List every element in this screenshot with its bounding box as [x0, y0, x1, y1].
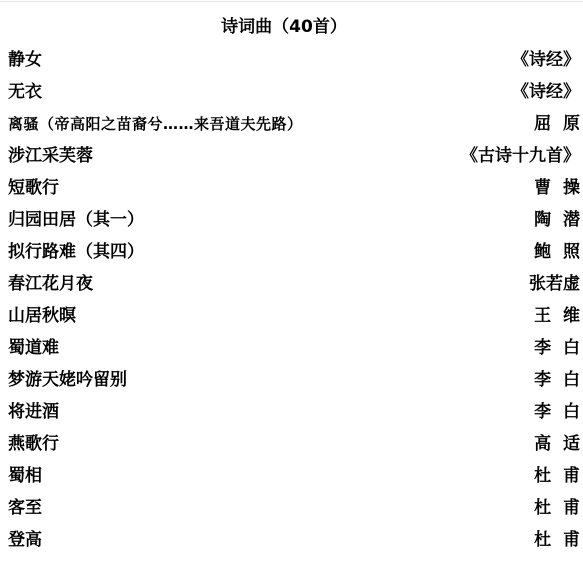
list-item: 拟行路难（其四） 鲍 照 [0, 240, 583, 272]
poem-title: 蜀相 [8, 464, 42, 488]
poem-author: 鲍 照 [534, 240, 580, 264]
poem-title: 归园田居（其一） [8, 208, 144, 232]
list-item: 将进酒 李 白 [0, 400, 583, 432]
poem-author: 曹 操 [534, 176, 580, 200]
poem-title: 燕歌行 [8, 432, 59, 456]
poem-title: 蜀道难 [8, 336, 59, 360]
list-item: 蜀相 杜 甫 [0, 464, 583, 496]
poem-author: 杜 甫 [534, 464, 580, 488]
list-item: 离骚（帝高阳之苗裔兮……来吾道夫先路） 屈 原 [0, 112, 583, 144]
poem-title: 离骚（帝高阳之苗裔兮……来吾道夫先路） [8, 112, 303, 136]
list-item: 静女 《诗经》 [0, 48, 583, 80]
list-item: 梦游天姥吟留别 李 白 [0, 368, 583, 400]
poem-author: 《古诗十九首》 [461, 144, 580, 168]
poem-title: 客至 [8, 496, 42, 520]
poem-title: 山居秋暝 [8, 304, 76, 328]
poem-title: 无衣 [8, 80, 42, 104]
poem-title: 梦游天姥吟留别 [8, 368, 127, 392]
list-item: 山居秋暝 王 维 [0, 304, 583, 336]
poem-title: 涉江采芙蓉 [8, 144, 93, 168]
poem-title: 登高 [8, 528, 42, 552]
list-item: 蜀道难 李 白 [0, 336, 583, 368]
list-item: 无衣 《诗经》 [0, 80, 583, 112]
poem-author: 屈 原 [534, 112, 580, 136]
poem-author: 李 白 [534, 400, 580, 424]
poem-author: 《诗经》 [512, 80, 580, 104]
list-item: 短歌行 曹 操 [0, 176, 583, 208]
poem-title: 短歌行 [8, 176, 59, 200]
list-item: 涉江采芙蓉 《古诗十九首》 [0, 144, 583, 176]
list-item: 登高 杜 甫 [0, 528, 583, 560]
poem-title: 春江花月夜 [8, 272, 93, 296]
top-divider [0, 1, 583, 2]
list-item: 客至 杜 甫 [0, 496, 583, 528]
poem-author: 杜 甫 [534, 496, 580, 520]
poem-title: 拟行路难（其四） [8, 240, 144, 264]
poem-author: 王 维 [534, 304, 580, 328]
list-item: 春江花月夜 张若虚 [0, 272, 583, 304]
poem-title: 将进酒 [8, 400, 59, 424]
poem-author: 《诗经》 [512, 48, 580, 72]
poem-author: 陶 潜 [534, 208, 580, 232]
poem-title: 静女 [8, 48, 42, 72]
poem-author: 李 白 [534, 336, 580, 360]
poem-author: 李 白 [534, 368, 580, 392]
list-item: 归园田居（其一） 陶 潜 [0, 208, 583, 240]
poem-author: 张若虚 [529, 272, 580, 296]
list-item: 燕歌行 高 适 [0, 432, 583, 464]
poem-author: 高 适 [534, 432, 580, 456]
poem-list: 静女 《诗经》 无衣 《诗经》 离骚（帝高阳之苗裔兮……来吾道夫先路） 屈 原 … [0, 48, 583, 560]
poem-author: 杜 甫 [534, 528, 580, 552]
document-title: 诗词曲（40首） [0, 16, 568, 38]
